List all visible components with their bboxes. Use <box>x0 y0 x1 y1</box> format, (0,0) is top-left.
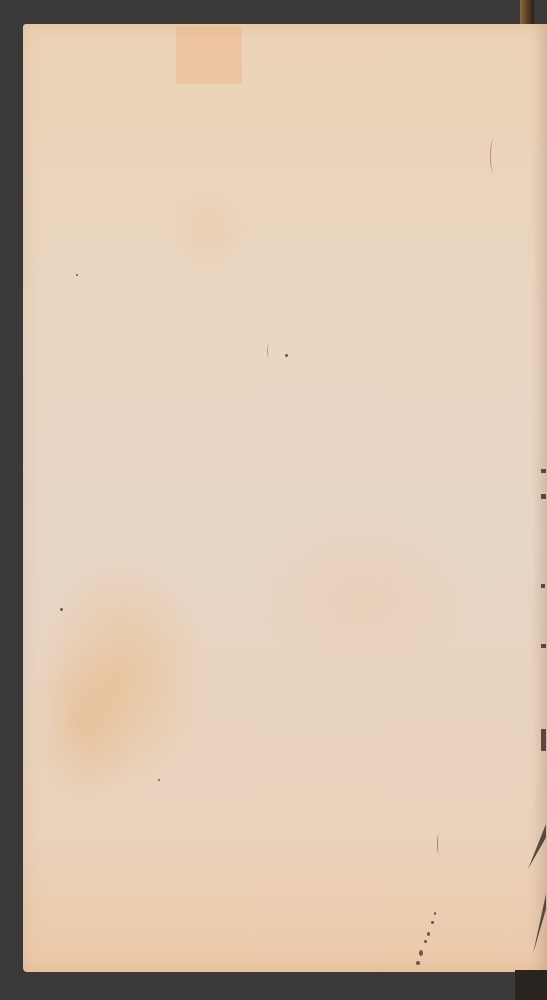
book-edge-bottom <box>515 970 547 1000</box>
book-edge-top <box>520 0 534 24</box>
ink-dot <box>427 932 430 936</box>
ink-dot <box>419 950 423 956</box>
ink-dot <box>424 940 427 943</box>
paper-speck <box>158 779 160 781</box>
library-seal-watermark <box>176 26 242 84</box>
paper-speck <box>76 274 78 276</box>
paper-speck <box>60 608 63 611</box>
ink-bleed-mark <box>541 469 546 473</box>
ink-dot <box>434 912 436 915</box>
paper-fiber <box>267 344 271 358</box>
ink-bleed-mark <box>541 494 546 499</box>
ink-bleed-mark <box>541 644 546 648</box>
ink-dot <box>431 921 434 924</box>
paper-speck <box>285 354 288 357</box>
ink-bleed-mark <box>541 729 546 751</box>
ink-dot <box>416 961 420 965</box>
ink-bleed-mark <box>541 584 545 588</box>
book-page <box>23 24 547 972</box>
ink-scratch <box>437 834 440 854</box>
paper-fiber <box>490 139 497 173</box>
